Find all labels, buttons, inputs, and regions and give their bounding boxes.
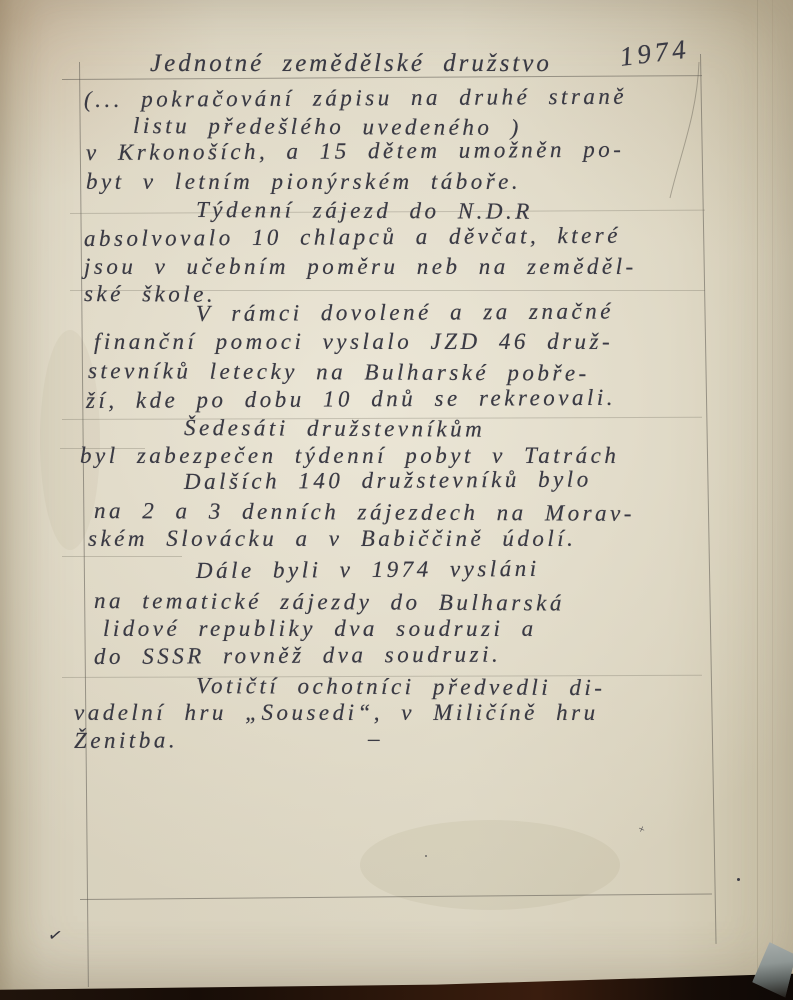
handwritten-line: byt v letním pionýrském táboře. — [86, 169, 521, 195]
handwritten-line: Dále byli v 1974 vysláni — [196, 556, 540, 584]
handwritten-line: ží, kde po dobu 10 dnů se rekreovali. — [86, 385, 616, 414]
handwritten-line: v Krkonoších, a 15 dětem umožněn po- — [86, 137, 625, 166]
handwritten-line: vadelní hru „Sousedi“, v Miličíně hru — [74, 700, 599, 726]
handwritten-line: (... pokračování zápisu na druhé straně — [84, 84, 627, 113]
checkmark-icon: ✓ — [46, 925, 64, 948]
handwritten-line: ském Slovácku a v Babiččině údolí. — [88, 526, 576, 552]
handwritten-line: byl zabezpečen týdenní pobyt v Tatrách — [80, 443, 619, 469]
handwritten-line: Týdenní zájezd do N.D.R — [196, 197, 533, 225]
ink-dot — [737, 878, 740, 881]
end-dash: – — [368, 726, 383, 752]
handwritten-line: Ženitba. — [74, 727, 178, 754]
handwritten-text-layer: Jednotné zemědělské družstvo 1974 (... p… — [0, 0, 793, 1000]
cross-mark-icon: + — [635, 821, 647, 837]
handwritten-line: Dalších 140 družstevníků bylo — [184, 467, 592, 495]
entry-title: Jednotné zemědělské družstvo — [150, 50, 552, 78]
handwritten-line: lidové republiky dva soudruzi a — [103, 616, 537, 642]
handwritten-line: Šedesáti družstevníkům — [184, 415, 485, 443]
chronicle-page-photo: Jednotné zemědělské družstvo 1974 (... p… — [0, 0, 793, 1000]
handwritten-line: finanční pomoci vyslalo JZD 46 druž- — [94, 329, 613, 355]
handwritten-line: na tematické zájezdy do Bulharská — [94, 588, 565, 616]
handwritten-line: absolvovalo 10 chlapců a děvčat, které — [84, 223, 621, 252]
handwritten-line: Votičtí ochotníci předvedli di- — [196, 673, 606, 701]
handwritten-line: stevníků letecky na Bulharské pobře- — [88, 358, 590, 387]
entry-year: 1974 — [618, 34, 691, 73]
handwritten-line: V rámci dovolené a za značné — [196, 298, 614, 327]
handwritten-line: jsou v učebním poměru neb na zeměděl- — [84, 254, 637, 280]
handwritten-line: do SSSR rovněž dva soudruzi. — [94, 642, 501, 670]
ink-dot — [425, 855, 427, 857]
handwritten-line: na 2 a 3 denních zájezdech na Morav- — [94, 498, 635, 527]
